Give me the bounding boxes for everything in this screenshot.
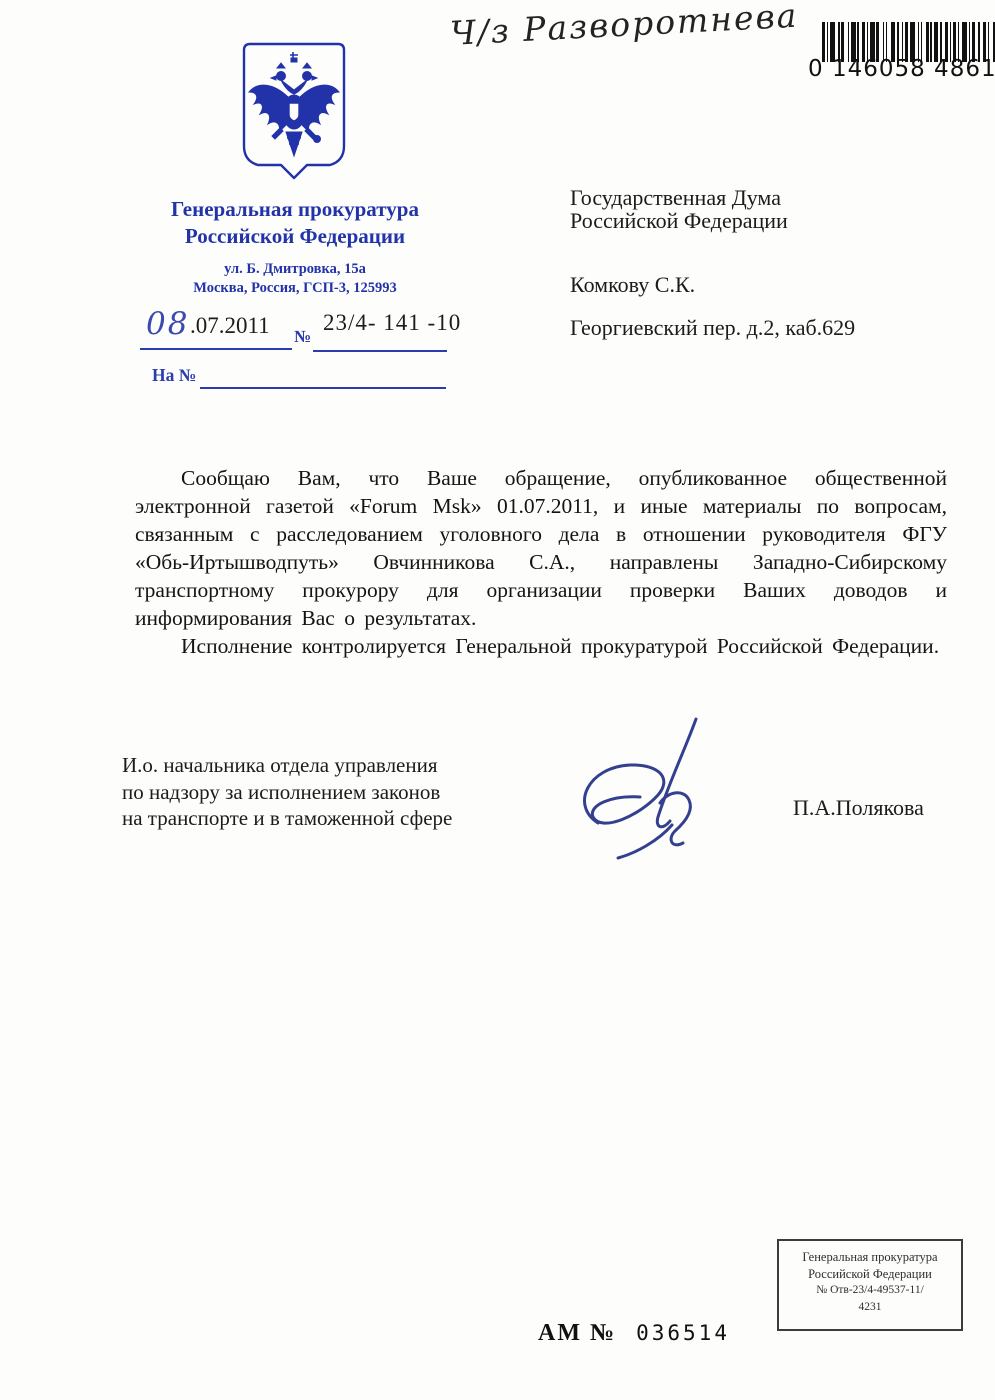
- handwritten-signature-icon: [568, 705, 758, 865]
- registration-stamp: Генеральная прокуратура Российской Федер…: [777, 1239, 963, 1331]
- number-underline: [313, 350, 447, 352]
- incoming-number-underline: [200, 387, 446, 389]
- recipient-person: Комкову С.К.: [570, 273, 855, 296]
- signer-title-block: И.о. начальника отдела управления по над…: [122, 752, 542, 832]
- body-paragraph-1: Сообщаю Вам, что Ваше обращение, опублик…: [135, 464, 947, 632]
- recipient-address: Георгиевский пер. д.2, каб.629: [570, 316, 855, 339]
- letterhead-org-name: Генеральная прокуратура Российской Федер…: [140, 196, 450, 250]
- recipient-org-line: Российской Федерации: [570, 209, 855, 232]
- letter-body: Сообщаю Вам, что Ваше обращение, опублик…: [135, 464, 947, 660]
- stamp-line: Генеральная прокуратура: [779, 1249, 961, 1266]
- recipient-block: Государственная Дума Российской Федераци…: [570, 186, 855, 339]
- org-name-line: Генеральная прокуратура: [140, 196, 450, 223]
- outgoing-number: 23/4- 141 -10: [323, 310, 461, 336]
- handwritten-date-day: 08: [146, 306, 189, 342]
- form-stamp-label: АМ №: [538, 1320, 616, 1346]
- incoming-number-label: На №: [152, 365, 196, 386]
- barcode-digits: 0 146058 486110: [808, 56, 968, 82]
- letterhead-address: ул. Б. Дмитровка, 15а Москва, Россия, ГС…: [140, 260, 450, 298]
- form-stamp-number: 036514: [636, 1321, 730, 1345]
- date-underline: [140, 348, 292, 350]
- date-month-year: .07.2011: [190, 313, 270, 339]
- scanned-letter-page: Ч/з Разворотнева 0 146058 486110: [0, 0, 995, 1400]
- form-number-stamp: АМ № 036514: [538, 1320, 730, 1347]
- address-line: Москва, Россия, ГСП-3, 125993: [140, 279, 450, 298]
- body-paragraph-2: Исполнение контролируется Генеральной пр…: [135, 632, 947, 660]
- signer-title-line: по надзору за исполнением законов: [122, 779, 542, 806]
- handwritten-routing-note: Ч/з Разворотнева: [449, 0, 751, 53]
- signer-name: П.А.Полякова: [793, 795, 924, 821]
- recipient-org-line: Государственная Дума: [570, 186, 855, 209]
- stamp-line: Российской Федерации: [779, 1266, 961, 1283]
- org-name-line: Российской Федерации: [140, 223, 450, 250]
- number-sign-label: №: [294, 327, 311, 347]
- address-line: ул. Б. Дмитровка, 15а: [140, 260, 450, 279]
- stamp-line: № Отв-23/4-49537-11/: [779, 1282, 961, 1299]
- stamp-line: 4231: [779, 1299, 961, 1316]
- signer-title-line: И.о. начальника отдела управления: [122, 752, 542, 779]
- signer-title-line: на транспорте и в таможенной сфере: [122, 805, 542, 832]
- registration-barcode: 0 146058 486110: [808, 22, 968, 82]
- russia-coat-of-arms-icon: [233, 40, 355, 182]
